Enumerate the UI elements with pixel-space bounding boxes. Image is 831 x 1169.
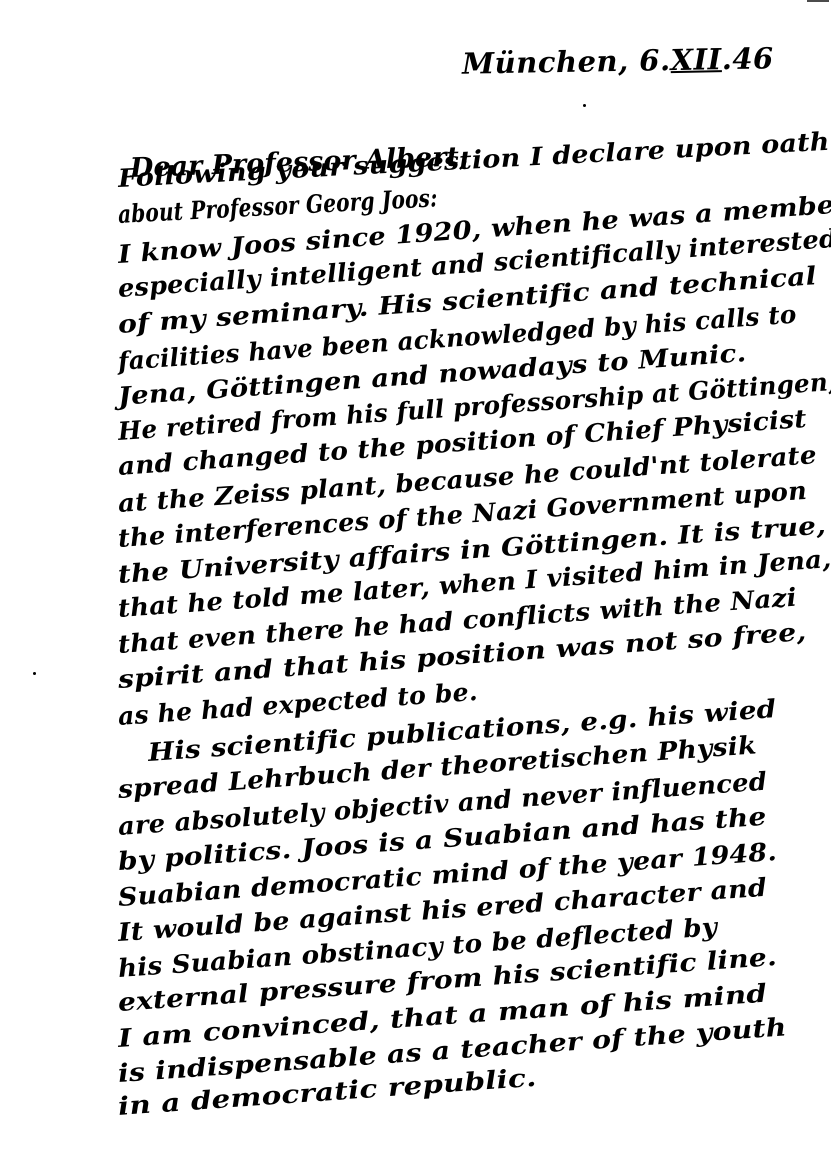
place: München <box>462 44 619 81</box>
dot-1: . <box>660 43 671 77</box>
month: XII <box>670 42 722 77</box>
year: 46 <box>732 41 774 76</box>
letter-page: München, 6.XII.46 Dear Professor Albert,… <box>0 0 831 1169</box>
day: 6 <box>639 43 660 77</box>
ink-speck <box>583 104 586 107</box>
ink-speck <box>33 672 36 675</box>
body-line: Following your suggestion I declare upon… <box>117 127 830 193</box>
place-date: München, 6.XII.46 <box>462 41 774 80</box>
separator: , <box>618 44 640 78</box>
scan-edge-mark <box>807 0 829 2</box>
